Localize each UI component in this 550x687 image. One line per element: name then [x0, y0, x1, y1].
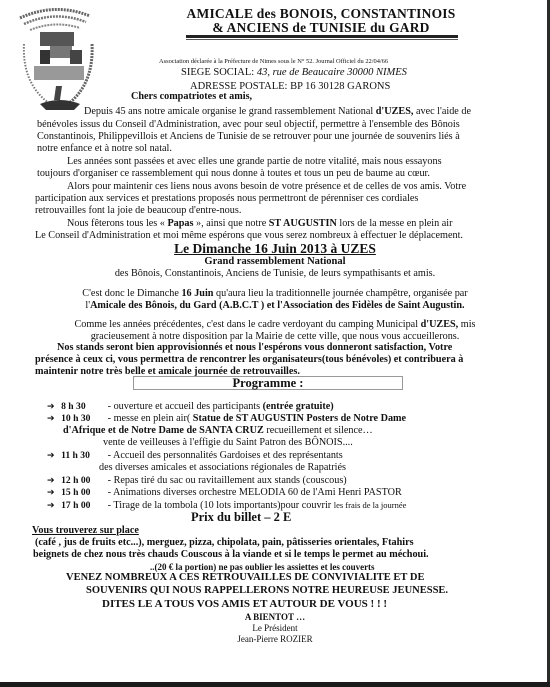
arrow-right-icon: ➔ [47, 451, 55, 461]
onsite-l1: (café , jus de fruits etc...), merguez, … [35, 537, 414, 549]
stands-l1: Nos stands seront bien approvisionnés et… [57, 342, 452, 354]
onsite-l2: beignets de chez nous très chauds Cousco… [33, 549, 429, 561]
ticket-price: Prix du billet – 2 E [191, 510, 291, 525]
intro-p1-l3: Constantinois, Philippevillois et Ancien… [37, 131, 460, 143]
arrow-right-icon: ➔ [47, 402, 55, 412]
closing-l1: VENEZ NOMBREUX A CES RETROUVAILLES DE CO… [66, 572, 424, 583]
intro-p1-l1: Depuis 45 ans notre amicale organise le … [84, 106, 471, 118]
intro-p1-l2: bénévoles issus du Conseil d'Administrat… [37, 119, 460, 131]
scan-edge-bottom [0, 682, 550, 687]
programme-item: ➔ 15 h 00 - Animations diverses orchestr… [47, 487, 402, 499]
stands-l2: présence à ceux ci, vous permettra de re… [35, 354, 463, 366]
intro-p3-l2: participation aux services et prestation… [35, 193, 418, 205]
arrow-right-icon: ➔ [47, 476, 55, 486]
head-office-address: SIEGE SOCIAL: 43, rue de Beaucaire 30000… [181, 67, 407, 78]
programme-item: ➔ 11 h 30 - Accueil des personnalités Ga… [47, 450, 343, 462]
intro-p3-l1: Alors pour maintenir ces liens nous avon… [67, 181, 466, 193]
intro-p4: Nous fêterons tous les « Papas », ainsi … [67, 218, 453, 230]
closing-bientot: A BIENTOT … [0, 612, 550, 622]
event-date-title: Le Dimanche 16 Juin 2013 à UZES [0, 241, 550, 257]
details-l3: Comme les années précédentes, c'est dans… [0, 319, 550, 331]
arrow-right-icon: ➔ [47, 488, 55, 498]
programme-item: ➔ 8 h 30 - ouverture et accueil des part… [47, 401, 334, 413]
onsite-title: Vous trouverez sur place [32, 525, 139, 537]
intro-p2-l2: toujours d'organiser ce rassemblement qu… [37, 168, 430, 180]
programme-item-cont: des diverses amicales et associations ré… [99, 462, 346, 474]
registration-notice: Association déclarée à la Préfecture de … [159, 58, 388, 65]
flyer-page: AMICALE des BONOIS, CONSTANTINOIS & ANCI… [0, 0, 550, 687]
intro-p3-l3: retrouvailles font la joie de beaucoup d… [35, 205, 241, 217]
greeting: Chers compatriotes et amis, [131, 91, 252, 103]
event-subtitle: Grand rassemblement National [0, 256, 550, 267]
programme-heading-box: Programme : [133, 376, 403, 390]
siege-address: 43, rue de Beaucaire 30000 NIMES [257, 67, 407, 78]
intro-p1-l4: notre enfance et à notre sol natal. [37, 143, 172, 155]
signature-name: Jean-Pierre ROZIER [0, 634, 550, 644]
programme-item: ➔ 12 h 00 - Repas tiré du sac ou ravitai… [47, 475, 347, 487]
onsite-l3: ..(20 € la portion) ne pas oublier les a… [150, 562, 375, 572]
programme-title: Programme : [134, 377, 402, 390]
programme-item-cont: vente de veilleuses à l'effigie du Saint… [103, 437, 353, 449]
details-l2: l'Amicale des Bônois, du Gard (A.B.C.T )… [0, 300, 550, 312]
intro-p2-l1: Les années sont passées et avec elles un… [67, 156, 442, 168]
details-l1: C'est donc le Dimanche 16 Juin qu'aura l… [0, 288, 550, 300]
arrow-right-icon: ➔ [47, 501, 55, 511]
arrow-right-icon: ➔ [47, 414, 55, 424]
header-rule [186, 35, 458, 38]
org-name-line2: & ANCIENS de TUNISIE du GARD [0, 20, 550, 36]
closing-l3: DITES LE A TOUS VOS AMIS ET AUTOUR DE VO… [102, 598, 387, 610]
programme-item-cont: d'Afrique et de Notre Dame de SANTA CRUZ… [63, 425, 373, 437]
closing-l2: SOUVENIRS QUI NOUS RAPPELLERONS NOTRE HE… [86, 585, 448, 596]
signature-role: Le Président [0, 623, 550, 633]
header-rule-thin [186, 39, 458, 40]
siege-label: SIEGE SOCIAL: [181, 67, 254, 78]
event-audience: des Bônois, Constantinois, Anciens de Tu… [0, 268, 550, 280]
programme-item: ➔ 10 h 30 - messe en plein air( Statue d… [47, 413, 406, 425]
